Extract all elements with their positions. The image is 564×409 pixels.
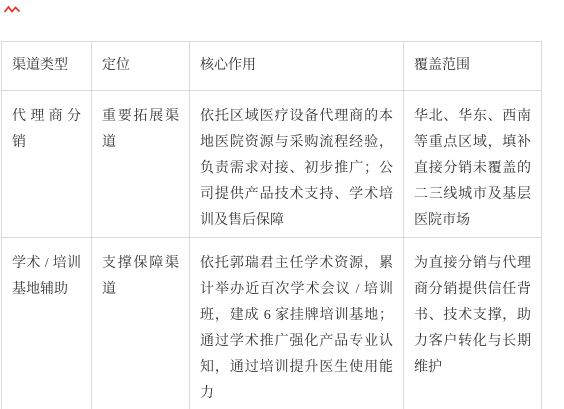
document-page: 渠道类型 定位 核心作用 覆盖范围 代理商分销 重要拓展渠道 依托区域医疗设备代…	[0, 0, 564, 409]
table-row: 学术 / 培训基地辅助 支撑保障渠道 依托郭瑞君主任学术资源，累计举办近百次学术…	[2, 238, 542, 409]
header-cell-positioning: 定位	[92, 42, 190, 91]
table-header-row: 渠道类型 定位 核心作用 覆盖范围	[2, 42, 542, 91]
header-cell-coverage: 覆盖范围	[404, 42, 542, 91]
cell-positioning: 重要拓展渠道	[92, 91, 190, 238]
cell-positioning: 支撑保障渠道	[92, 238, 190, 409]
channel-table: 渠道类型 定位 核心作用 覆盖范围 代理商分销 重要拓展渠道 依托区域医疗设备代…	[1, 41, 542, 409]
cell-channel-type: 学术 / 培训基地辅助	[2, 238, 92, 409]
cell-core-function: 依托区域医疗设备代理商的本地医院资源与采购流程经验，负责需求对接、初步推广；公司…	[190, 91, 404, 238]
table-row: 代理商分销 重要拓展渠道 依托区域医疗设备代理商的本地医院资源与采购流程经验，负…	[2, 91, 542, 238]
red-scribble-mark	[4, 5, 20, 14]
header-cell-core-function: 核心作用	[190, 42, 404, 91]
cell-core-function: 依托郭瑞君主任学术资源，累计举办近百次学术会议 / 培训班，建成 6 家挂牌培训…	[190, 238, 404, 409]
header-cell-channel-type: 渠道类型	[2, 42, 92, 91]
cell-coverage: 为直接分销与代理商分销提供信任背书、技术支撑，助力客户转化与长期维护	[404, 238, 542, 409]
cell-channel-type: 代理商分销	[2, 91, 92, 238]
cell-coverage: 华北、华东、西南等重点区域，填补直接分销未覆盖的二三线城市及基层医院市场	[404, 91, 542, 238]
